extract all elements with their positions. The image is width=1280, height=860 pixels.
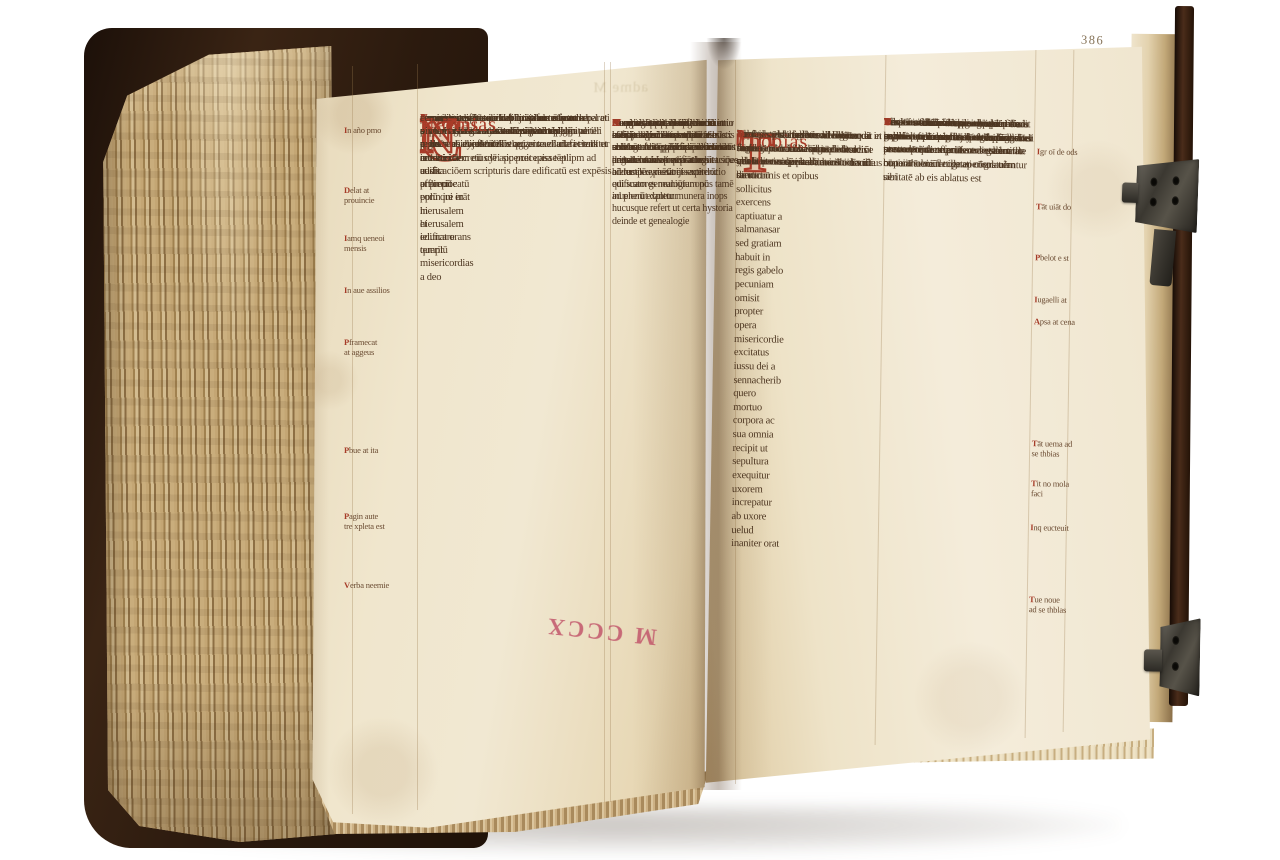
margin-note: Tāt uiāt do bbox=[1036, 202, 1130, 213]
margin-note: Iamq ueneoi mensis bbox=[344, 234, 422, 254]
show-through-text: adme M bbox=[538, 80, 648, 98]
margin-note: Tāt uema ad se thbias bbox=[1031, 439, 1125, 460]
margin-note: Pagin aute tre xpleta est bbox=[344, 512, 422, 532]
paragraph-text: eemias pincerna regis artaxerxis audita … bbox=[420, 112, 473, 284]
margin-note: Iugaelli at bbox=[1034, 295, 1128, 306]
paragraph: Thobias putans se mori filiū uocat et in… bbox=[737, 128, 883, 157]
margin-note: Tit no mola faci bbox=[1031, 479, 1125, 500]
margin-note: Verba neemie bbox=[344, 581, 422, 591]
clasp-bottom bbox=[1159, 618, 1200, 697]
clasp-hook bbox=[1144, 649, 1162, 671]
gutter-top-notch bbox=[704, 38, 744, 74]
clasp-hook bbox=[1122, 182, 1139, 203]
margin-note: Inq eucteuit bbox=[1030, 523, 1124, 534]
clasp-plate bbox=[1159, 618, 1200, 697]
paragraph-text: hobias fugiens ydola et uiro sollicitus … bbox=[731, 128, 786, 552]
margin-note: In aue assilios bbox=[344, 286, 422, 296]
margin-note: Delat at prouincie bbox=[344, 186, 422, 206]
margin-note: Tue noue ad se thblas bbox=[1029, 595, 1123, 616]
margin-note: Pbelot e st bbox=[1035, 253, 1129, 264]
margin-note: Pbue at ita bbox=[344, 446, 422, 456]
margin-note: Pframecat at aggeus bbox=[344, 338, 422, 358]
margin-note: Igr oī de ods bbox=[1037, 147, 1131, 158]
paragraph: De prima ppli alienigene ieiunio et fili… bbox=[612, 118, 738, 167]
text-block-fore-edge bbox=[96, 42, 336, 842]
clasp-top bbox=[1135, 157, 1200, 233]
left-margin-notes: In año pmoDelat at prouincieIamq ueneoi … bbox=[344, 0, 422, 860]
clasp-plate bbox=[1135, 157, 1200, 233]
margin-note: In año pmo bbox=[344, 126, 422, 136]
manuscript-photo: 386 adme M In año pmoDelat at prouincieI… bbox=[0, 0, 1280, 860]
right-margin-notes: Igr oī de odsTāt uiāt doPbelot e stIugae… bbox=[1025, 0, 1134, 860]
margin-note: Apsa at cena bbox=[1034, 317, 1128, 328]
paragraph: Thobias filius cōmemorat patri beneficia… bbox=[883, 116, 1036, 187]
